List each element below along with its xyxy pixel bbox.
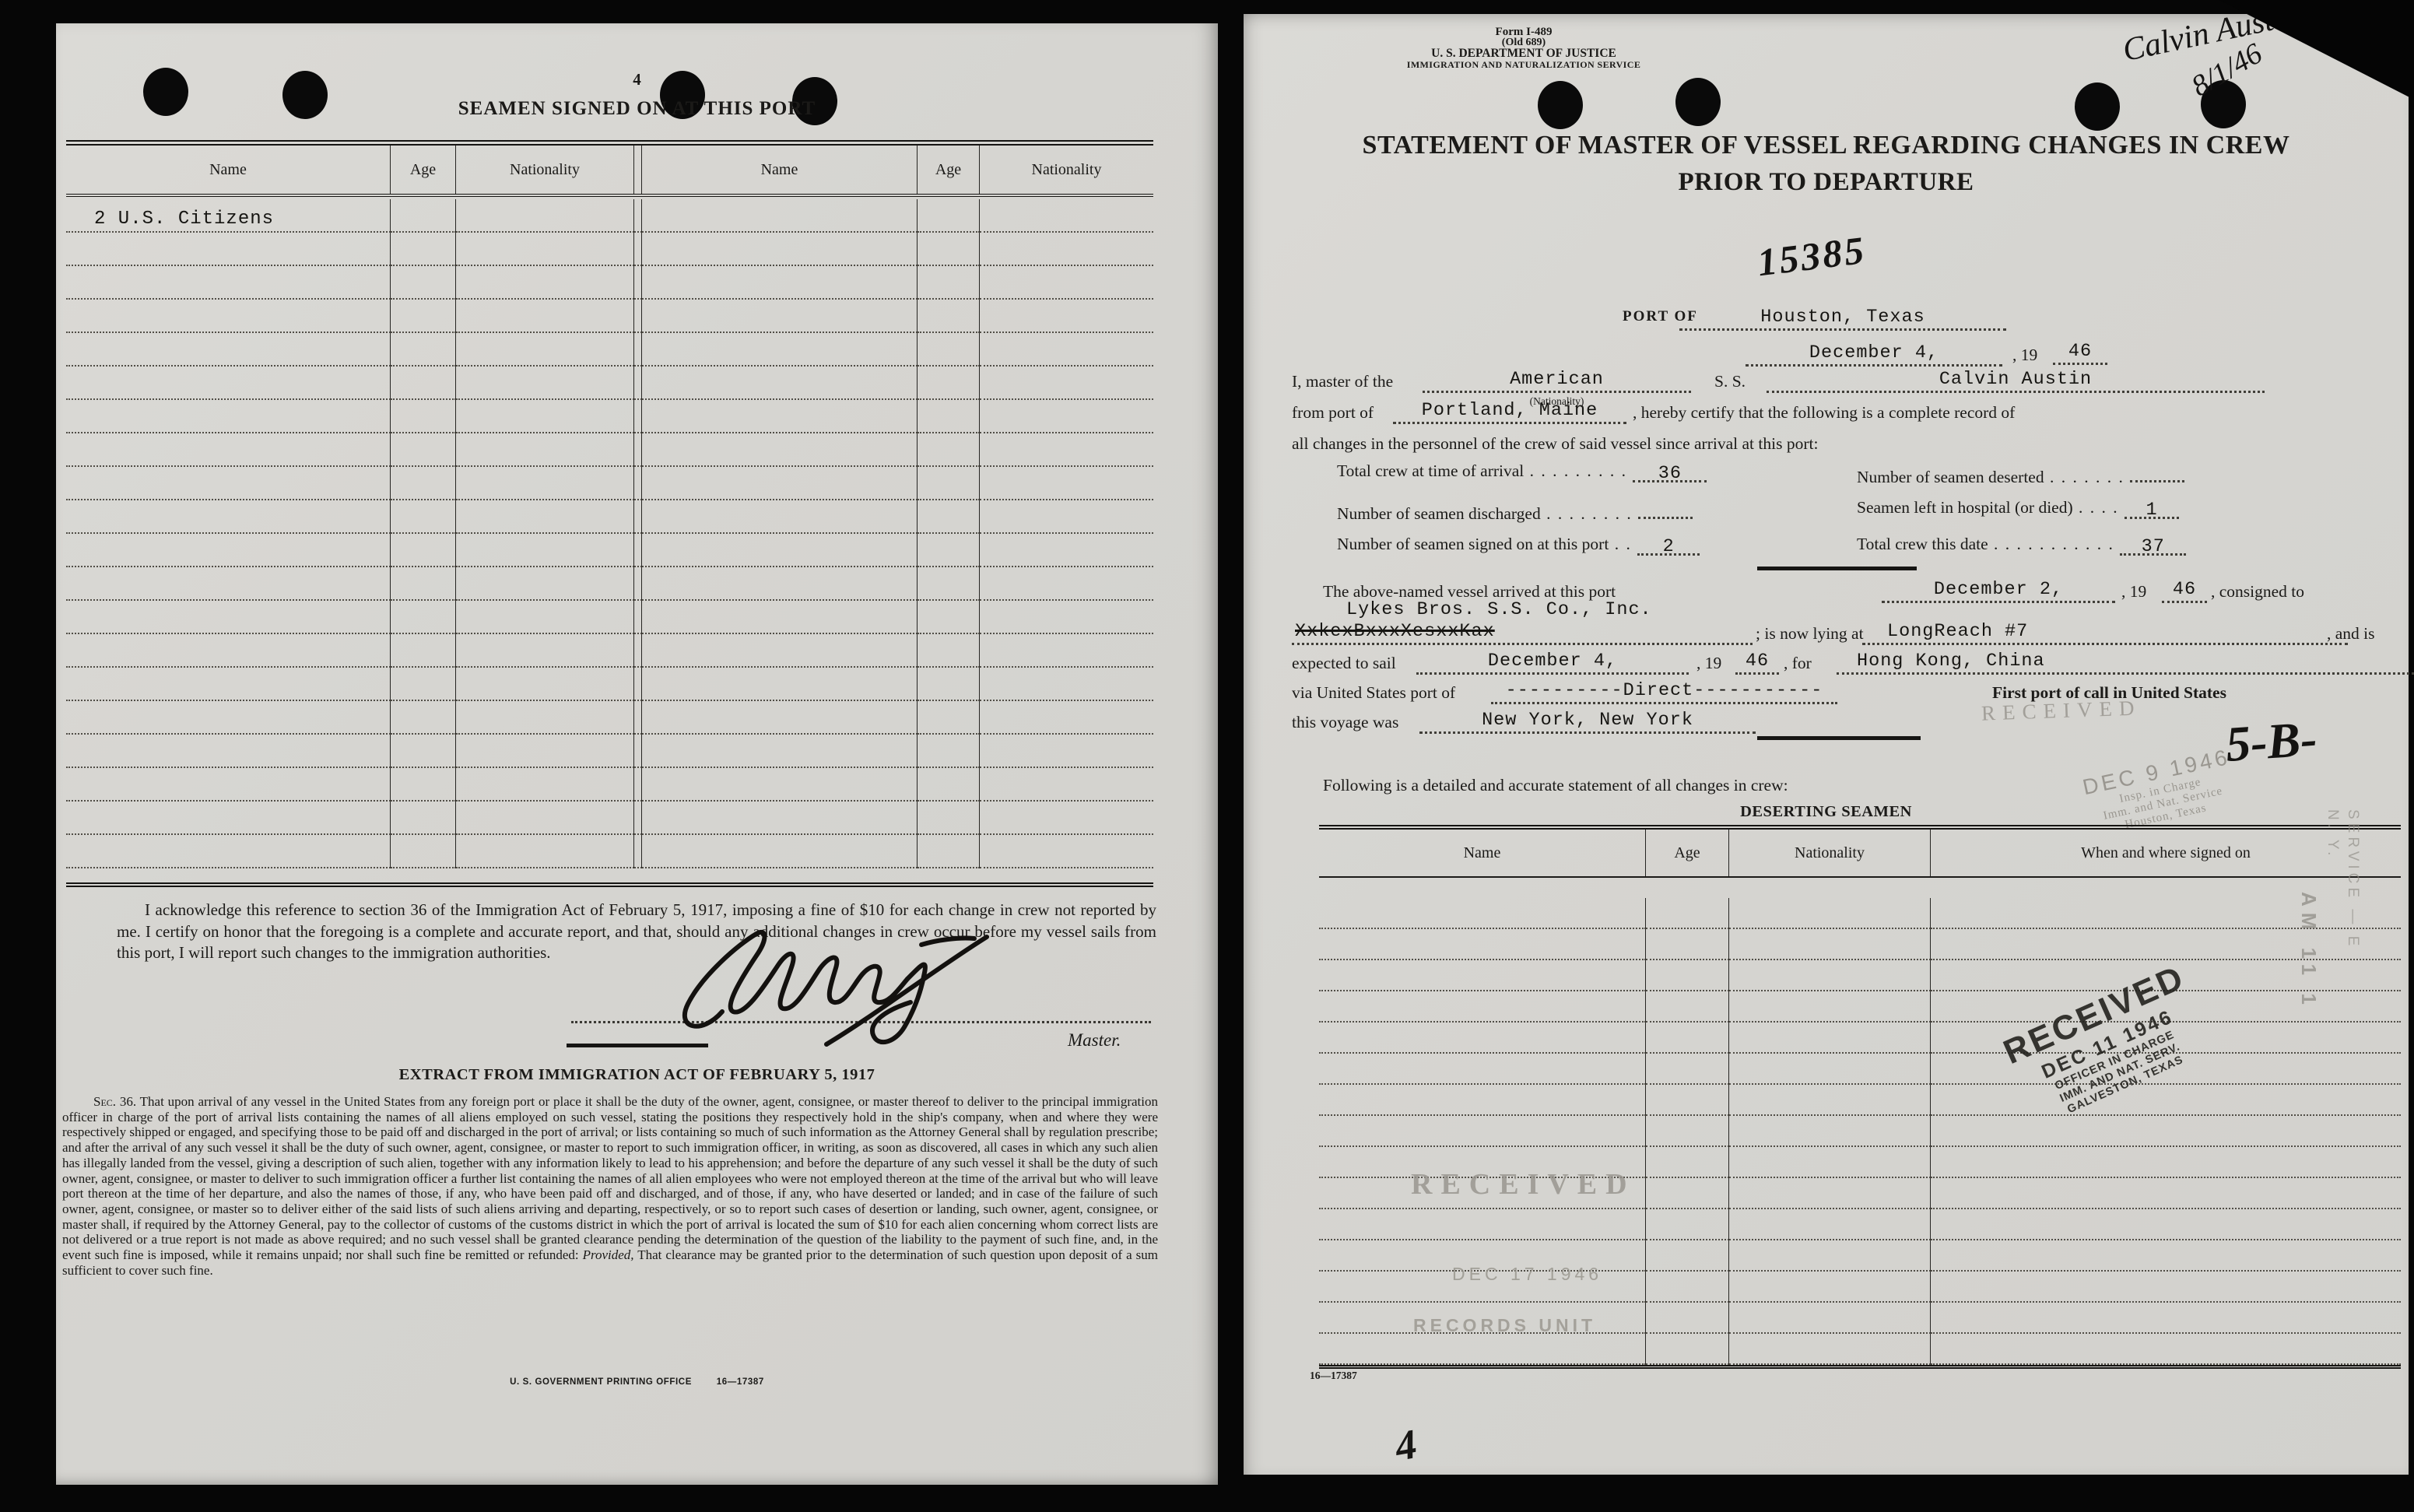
table-row (66, 233, 1153, 266)
table-cell (918, 400, 980, 433)
table-cell (980, 768, 1153, 802)
table-cell (918, 835, 980, 868)
stat-label: Total crew at time of arrival (1337, 461, 1524, 480)
table-cell (391, 233, 456, 266)
table-cell (980, 634, 1153, 668)
table-cell (391, 367, 456, 400)
form-code: 16—17387 (717, 1377, 764, 1387)
table-cell (642, 233, 918, 266)
arrived-date: December 2, (1934, 579, 2063, 600)
sec36-provided: Provided, (583, 1247, 634, 1262)
table-cell (456, 835, 634, 868)
table-cell (980, 835, 1153, 868)
table-cell (1319, 1054, 1646, 1085)
arrived-year: 46 (2173, 579, 2196, 600)
table-cell (391, 835, 456, 868)
form-title-line2: PRIOR TO DEPARTURE (1244, 168, 2409, 197)
stat-value-field: 2 (1637, 535, 1700, 556)
col-age: Age (1646, 830, 1729, 876)
table-cell (634, 300, 642, 333)
year-field: 46 (2053, 338, 2107, 365)
sail-year-printed: , 19 (1696, 654, 1721, 673)
table-cell (1319, 929, 1646, 960)
via-value: ----------Direct----------- (1506, 680, 1823, 701)
stat-label: Number of seamen discharged (1337, 504, 1541, 523)
table-cell (642, 367, 918, 400)
table-cell (918, 500, 980, 534)
table-cell (642, 668, 918, 701)
table-cell (980, 433, 1153, 467)
table-cell (66, 300, 391, 333)
table-row (66, 266, 1153, 300)
records-stamp-date: DEC 17 1946 (1452, 1264, 1602, 1285)
table-cell (1729, 1334, 1931, 1365)
stat-value: 1 (2146, 500, 2157, 521)
table-cell (66, 266, 391, 300)
table-body: 2 U.S. Citizens (66, 197, 1153, 868)
table-cell (918, 534, 980, 567)
sec36-body: That upon arrival of any vessel in the U… (62, 1094, 1158, 1262)
table-cell (1729, 1209, 1931, 1240)
table-cell (918, 668, 980, 701)
table-cell (1729, 1178, 1931, 1209)
table-cell (1319, 1023, 1646, 1054)
table-cell (980, 367, 1153, 400)
table-cell (456, 433, 634, 467)
table-cell (642, 534, 918, 567)
table-row (66, 534, 1153, 567)
stat-value-field: 1 (2125, 498, 2179, 519)
table-cell (642, 266, 918, 300)
table-cell (634, 400, 642, 433)
master-signature-label: Master. (1068, 1030, 1121, 1051)
table-cell (1319, 1116, 1646, 1147)
vertical-faint-stamp-am11: AM 11 1 (2296, 892, 2321, 1011)
table-cell (634, 802, 642, 835)
table-cell (66, 668, 391, 701)
table-cell (66, 634, 391, 668)
stat-label: Total crew this date (1857, 535, 1988, 553)
table-header-row: Name Age Nationality Name Age Nationalit… (66, 146, 1153, 197)
voyage-field: New York, New York (1419, 707, 1756, 734)
table-cell (1646, 1303, 1729, 1334)
arrived-year-field: 46 (2162, 576, 2207, 603)
table-cell (642, 433, 918, 467)
table-row (66, 802, 1153, 835)
table-cell (1931, 1334, 2401, 1365)
table-cell (1931, 1178, 2401, 1209)
punch-hole (2075, 82, 2120, 131)
destination-field: Hong Kong, China (1837, 647, 2414, 675)
table-cell (391, 768, 456, 802)
master-signature (647, 917, 1021, 1057)
table-cell (634, 668, 642, 701)
table-cell (642, 835, 918, 868)
table-cell (1729, 1147, 1931, 1178)
date-field: December 4, (1746, 339, 2002, 367)
stat-label: Number of seamen deserted (1857, 468, 2044, 486)
table-cell (980, 266, 1153, 300)
table-cell (634, 199, 642, 233)
table-cell (1319, 1085, 1646, 1116)
table-cell (642, 467, 918, 500)
handwritten-serial-number: 15385 (1755, 227, 1868, 286)
table-cell (642, 735, 918, 768)
table-cell (391, 735, 456, 768)
form-title-line1: STATEMENT OF MASTER OF VESSEL REGARDING … (1244, 131, 2409, 160)
lying-suffix: , and is (2327, 624, 2375, 644)
table-cell (642, 500, 918, 534)
col-nationality-2: Nationality (980, 146, 1153, 194)
table-cell (1646, 1147, 1729, 1178)
port-field: Houston, Texas (1679, 303, 2006, 331)
table-cell (1646, 960, 1729, 991)
table-cell (918, 266, 980, 300)
table-cell (918, 233, 980, 266)
table-row (66, 768, 1153, 802)
table-cell (634, 735, 642, 768)
stat-label: Seamen left in hospital (or died) (1857, 498, 2073, 517)
table-cell (634, 835, 642, 868)
table-cell (391, 802, 456, 835)
table-cell (918, 300, 980, 333)
table-cell (642, 400, 918, 433)
table-row (66, 300, 1153, 333)
table-cell (66, 233, 391, 266)
table-cell (456, 601, 634, 634)
punch-hole (1538, 81, 1583, 129)
table-cell (1646, 929, 1729, 960)
table-cell (1729, 929, 1931, 960)
table-row (66, 467, 1153, 500)
vessel-value: Calvin Austin (1939, 369, 2092, 390)
stat-value-field (2130, 461, 2184, 482)
stat-item: Seamen left in hospital (or died) . . . … (1857, 498, 2391, 535)
table-cell (66, 433, 391, 467)
table-cell (918, 735, 980, 768)
stat-label: Number of seamen signed on at this port (1337, 535, 1609, 553)
extract-heading: EXTRACT FROM IMMIGRATION ACT OF FEBRUARY… (56, 1066, 1218, 1084)
form-identifier-block: Form I-489 (Old 689) U. S. DEPARTMENT OF… (1384, 26, 1664, 70)
table-header-row: Name Age Nationality When and where sign… (1319, 830, 2401, 878)
consignee-struck-field: XxkexBxxxXesxxKax (1292, 618, 1753, 645)
table-cell (456, 500, 634, 534)
table-row (66, 367, 1153, 400)
table-cell (980, 333, 1153, 367)
stats-underline (1757, 567, 1917, 570)
table-cell (456, 333, 634, 367)
table-row (66, 333, 1153, 367)
table-cell (1931, 1147, 2401, 1178)
table-cell (1646, 1272, 1729, 1303)
table-cell (456, 467, 634, 500)
table-cell (456, 668, 634, 701)
table-cell (66, 367, 391, 400)
sail-year-field: 46 (1735, 647, 1779, 675)
table-cell (66, 735, 391, 768)
table-cell (1729, 991, 1931, 1023)
table-cell (918, 567, 980, 601)
table-cell (456, 233, 634, 266)
table-row (1319, 929, 2401, 960)
from-port-label: from port of (1292, 403, 1374, 423)
received-stamp-faint: RECEIVED (1981, 696, 2142, 725)
table-cell (456, 634, 634, 668)
table-cell (1646, 1116, 1729, 1147)
table-cell (1319, 1334, 1646, 1365)
crew-statistics: Total crew at time of arrival . . . . . … (1337, 461, 2391, 571)
table-body (1319, 878, 2401, 1365)
table-cell (1931, 1240, 2401, 1272)
table-cell (1319, 1209, 1646, 1240)
table-cell (66, 802, 391, 835)
consignee-value: Lykes Bros. S.S. Co., Inc. (1346, 599, 1652, 620)
handwritten-file-code: 5-B- (2224, 710, 2319, 774)
stat-value: 36 (1658, 463, 1682, 484)
table-cell (1729, 898, 1931, 929)
table-cell (634, 567, 642, 601)
table-row (66, 668, 1153, 701)
table-cell (634, 601, 642, 634)
printing-office-footer: U. S. GOVERNMENT PRINTING OFFICE 16—1738… (56, 1377, 1218, 1387)
table-cell (391, 500, 456, 534)
table-row (1319, 1334, 2401, 1365)
table-cell (642, 701, 918, 735)
table-cell (642, 300, 918, 333)
table-row (66, 735, 1153, 768)
col-name: Name (66, 146, 391, 194)
table-cell (1646, 1178, 1729, 1209)
table-cell (642, 634, 918, 668)
table-row (1319, 898, 2401, 929)
form-number: Form I-489 (1384, 26, 1664, 37)
voyage-underline (1757, 736, 1921, 740)
left-page: 4 SEAMEN SIGNED ON AT THIS PORT Name Age… (56, 23, 1218, 1485)
table-cell (634, 367, 642, 400)
ss-label: S. S. (1714, 372, 1746, 391)
table-cell (1319, 898, 1646, 929)
table-cell (980, 668, 1153, 701)
table-cell (634, 534, 642, 567)
deserting-seamen-heading: DESERTING SEAMEN (1244, 803, 2409, 821)
table-cell (66, 701, 391, 735)
table-cell (66, 835, 391, 868)
table-row (1319, 1116, 2401, 1147)
table-cell (1931, 1209, 2401, 1240)
handwritten-page-number: 4 (1391, 1419, 1420, 1471)
table-cell (1646, 1209, 1729, 1240)
table-cell (1319, 991, 1646, 1023)
table-cell (634, 768, 642, 802)
table-cell (1729, 1272, 1931, 1303)
via-field: ----------Direct----------- (1491, 677, 1837, 704)
table-cell (66, 768, 391, 802)
table-cell (391, 601, 456, 634)
table-cell (1931, 1303, 2401, 1334)
year-printed: , 19 (2012, 346, 2037, 365)
table-cell (918, 467, 980, 500)
col-nationality: Nationality (1729, 830, 1931, 876)
destination-value: Hong Kong, China (1857, 651, 2045, 672)
table-cell (634, 233, 642, 266)
sail-date: December 4, (1488, 651, 1617, 672)
table-cell (391, 300, 456, 333)
table-row: 2 U.S. Citizens (66, 199, 1153, 233)
table-cell (634, 333, 642, 367)
table-cell (642, 601, 918, 634)
table-cell (980, 567, 1153, 601)
table-cell (1646, 1085, 1729, 1116)
berth-field: LongReach #7 (1862, 618, 2348, 645)
stat-value: 37 (2142, 536, 2165, 557)
table-cell (642, 199, 918, 233)
table-cell (980, 735, 1153, 768)
table-cell (634, 266, 642, 300)
vertical-faint-stamp: SERVICE — E N. Y. (2322, 809, 2363, 949)
table-cell: 2 U.S. Citizens (66, 199, 391, 233)
table-cell (980, 534, 1153, 567)
table-cell (642, 567, 918, 601)
table-row (66, 400, 1153, 433)
voyage-label: this voyage was (1292, 713, 1398, 732)
certify-line2: all changes in the personnel of the crew… (1292, 434, 1818, 454)
table-cell (391, 534, 456, 567)
table-cell (456, 199, 634, 233)
table-cell (1729, 960, 1931, 991)
table-cell (66, 400, 391, 433)
table-cell (642, 802, 918, 835)
table-cell (642, 333, 918, 367)
table-cell (1729, 1023, 1931, 1054)
column-divider (634, 146, 642, 194)
col-age-2: Age (918, 146, 980, 194)
stat-value-field: 36 (1633, 461, 1707, 482)
department-name: U. S. DEPARTMENT OF JUSTICE (1384, 48, 1664, 59)
table-cell (1646, 1240, 1729, 1272)
table-row (66, 701, 1153, 735)
arrived-date-field: December 2, (1882, 576, 2115, 603)
table-cell (634, 701, 642, 735)
table-cell (1646, 898, 1729, 929)
table-row (1319, 1209, 2401, 1240)
stat-item: Total crew this date . . . . . . . . . .… (1857, 535, 2391, 571)
table-cell (456, 768, 634, 802)
table-cell (1646, 1054, 1729, 1085)
table-cell (1729, 1303, 1931, 1334)
table-cell (980, 467, 1153, 500)
col-name-2: Name (642, 146, 918, 194)
table-cell (456, 300, 634, 333)
sec36-label: Sec. 36. (93, 1094, 136, 1109)
table-cell (391, 333, 456, 367)
table-cell (66, 467, 391, 500)
stat-value-field (1638, 498, 1693, 519)
table-cell (456, 266, 634, 300)
table-row (66, 634, 1153, 668)
sail-label: expected to sail (1292, 654, 1396, 673)
table-cell (66, 601, 391, 634)
table-cell (918, 433, 980, 467)
table-row (66, 835, 1153, 868)
seamen-signed-table: Name Age Nationality Name Age Nationalit… (66, 140, 1153, 887)
received-stamp-records: RECEIVED (1411, 1167, 1636, 1202)
table-cell (391, 634, 456, 668)
table-cell (634, 500, 642, 534)
stat-item: Number of seamen discharged . . . . . . … (1337, 498, 1857, 535)
table-cell (456, 802, 634, 835)
col-nationality: Nationality (456, 146, 634, 194)
vessel-field: Calvin Austin (1767, 366, 2265, 393)
berth-value: LongReach #7 (1887, 621, 2028, 642)
table-cell (1729, 1085, 1931, 1116)
table-cell (980, 601, 1153, 634)
table-cell (456, 367, 634, 400)
document-scan: 4 SEAMEN SIGNED ON AT THIS PORT Name Age… (0, 0, 2414, 1512)
table-cell (391, 433, 456, 467)
service-name: IMMIGRATION AND NATURALIZATION SERVICE (1384, 59, 1664, 70)
table-cell (456, 567, 634, 601)
table-cell (1646, 1023, 1729, 1054)
table-cell (391, 567, 456, 601)
from-port-field: Portland, Maine (1393, 397, 1626, 424)
table-cell (456, 400, 634, 433)
port-value: Houston, Texas (1760, 307, 1925, 328)
stat-item: Number of seamen deserted . . . . . . . (1857, 461, 2391, 498)
stat-value: 2 (1663, 536, 1675, 557)
table-cell (634, 433, 642, 467)
table-cell (391, 701, 456, 735)
col-age: Age (391, 146, 456, 194)
year-value: 46 (2068, 341, 2092, 362)
left-page-title: SEAMEN SIGNED ON AT THIS PORT (56, 98, 1218, 120)
table-cell (391, 266, 456, 300)
table-cell (391, 467, 456, 500)
date-value: December 4, (1809, 342, 1939, 363)
table-cell (456, 735, 634, 768)
table-cell (1319, 960, 1646, 991)
table-cell (1646, 1334, 1729, 1365)
table-row (66, 567, 1153, 601)
table-cell (642, 768, 918, 802)
table-cell (980, 400, 1153, 433)
right-page: Form I-489 (Old 689) U. S. DEPARTMENT OF… (1244, 14, 2409, 1475)
table-cell (634, 467, 642, 500)
stat-item: Total crew at time of arrival . . . . . … (1337, 461, 1857, 498)
nationality-value: American (1510, 369, 1604, 390)
punch-hole (1675, 78, 1721, 126)
table-cell (918, 367, 980, 400)
table-cell (918, 768, 980, 802)
table-cell (918, 601, 980, 634)
master-prefix: I, master of the (1292, 372, 1393, 391)
voyage-value: New York, New York (1482, 710, 1693, 731)
page-number: 4 (56, 70, 1218, 89)
nationality-field: American (1423, 366, 1691, 393)
table-cell (980, 701, 1153, 735)
table-cell (980, 500, 1153, 534)
table-cell (1931, 1272, 2401, 1303)
table-cell (980, 233, 1153, 266)
table-cell (918, 802, 980, 835)
consignee-struck: XxkexBxxxXesxxKax (1295, 621, 1495, 642)
table-cell (66, 333, 391, 367)
table-cell (456, 534, 634, 567)
table-cell (1646, 991, 1729, 1023)
sail-date-field: December 4, (1416, 647, 1689, 675)
table-cell (66, 534, 391, 567)
col-name: Name (1319, 830, 1646, 876)
deserting-seamen-table: Name Age Nationality When and where sign… (1319, 825, 2401, 1369)
